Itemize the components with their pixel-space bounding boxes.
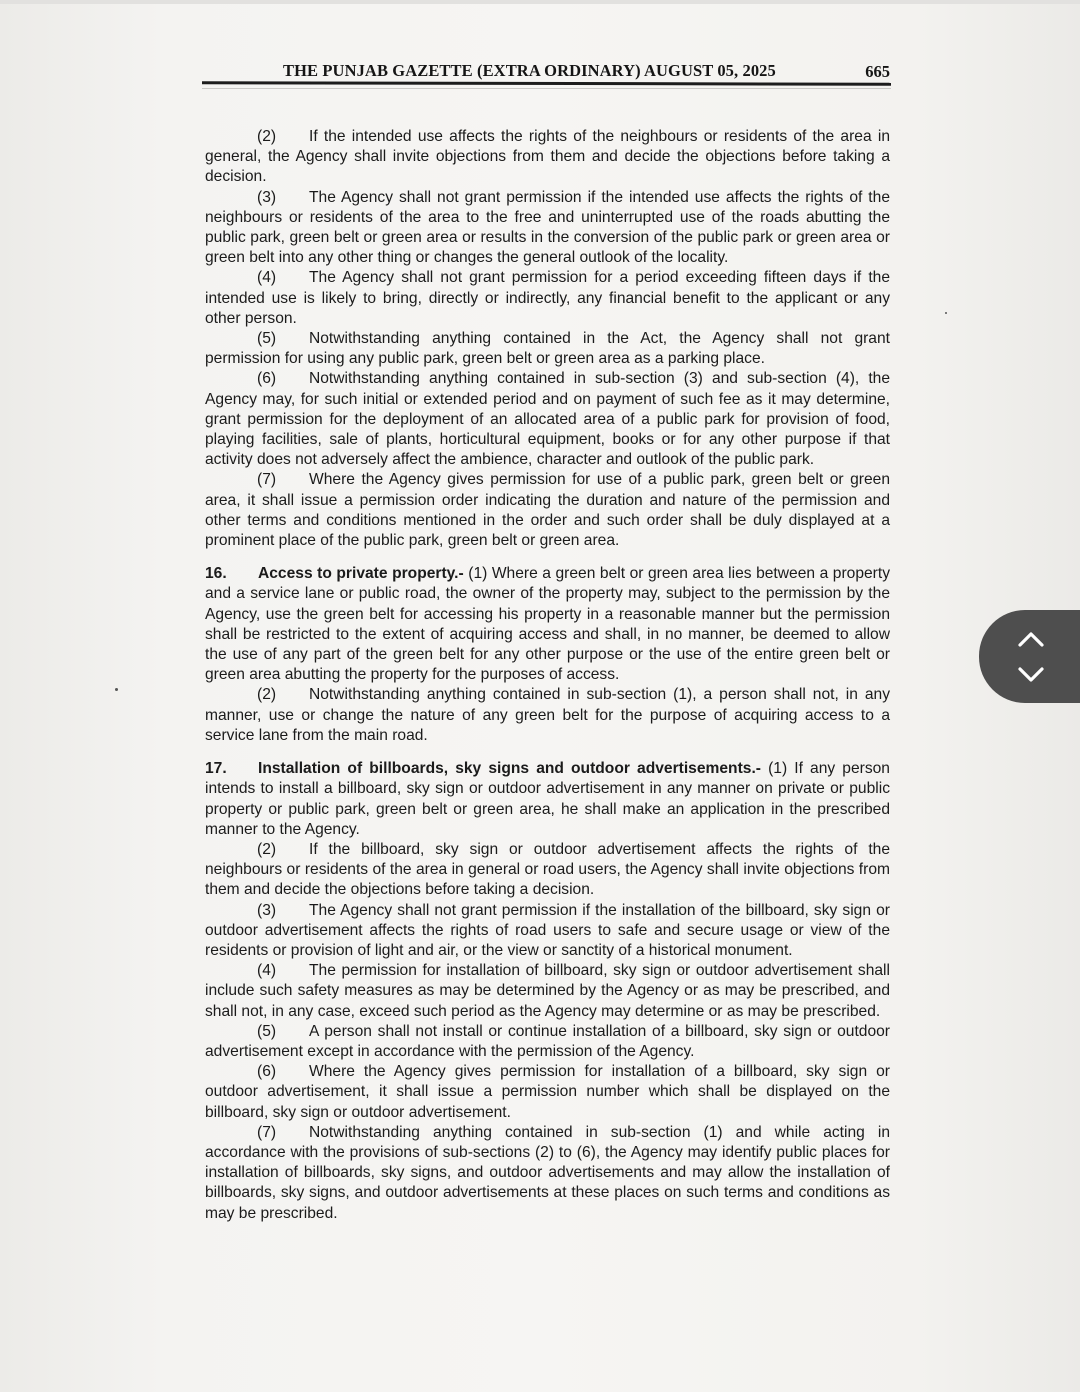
chevron-up-icon — [1016, 630, 1046, 648]
subsection-number: (2) — [257, 840, 309, 860]
subsection-number: (4) — [257, 268, 309, 288]
chevron-down-icon — [1016, 666, 1046, 684]
section-title: Installation of billboards, sky signs an… — [258, 760, 761, 777]
previous-page-button[interactable] — [1009, 622, 1053, 656]
gazette-header: THE PUNJAB GAZETTE (EXTRA ORDINARY) AUGU… — [205, 60, 890, 84]
section-number: 16. — [205, 564, 258, 584]
subsection-number: (3) — [257, 901, 309, 921]
section-17: 17.Installation of billboards, sky signs… — [205, 759, 890, 840]
subsection-number: (3) — [257, 188, 309, 208]
subsection: (3)The Agency shall not grant permission… — [205, 188, 890, 269]
subsection-number: (7) — [257, 470, 309, 490]
page-number: 665 — [865, 62, 890, 82]
section-number: 17. — [205, 759, 258, 779]
subsection-number: (2) — [257, 127, 309, 147]
subsection-number: (5) — [257, 329, 309, 349]
next-page-button[interactable] — [1009, 658, 1053, 692]
subsection: (7)Where the Agency gives permission for… — [205, 470, 890, 551]
subsection: (2)If the billboard, sky sign or outdoor… — [205, 840, 890, 901]
subsection: (2)Notwithstanding anything contained in… — [205, 685, 890, 746]
subsection: (6)Where the Agency gives permission for… — [205, 1062, 890, 1123]
section-lead-text: (1) Where a green belt or green area lie… — [205, 565, 890, 683]
page-navigation-control — [979, 610, 1080, 703]
scan-speck — [115, 688, 118, 691]
section-title: Access to private property.- — [258, 565, 464, 582]
subsection: (4)The Agency shall not grant permission… — [205, 268, 890, 329]
document-page: THE PUNJAB GAZETTE (EXTRA ORDINARY) AUGU… — [0, 0, 1080, 1392]
subsection: (6)Notwithstanding anything contained in… — [205, 369, 890, 470]
subsection-number: (2) — [257, 685, 309, 705]
subsection: (7)Notwithstanding anything contained in… — [205, 1123, 890, 1224]
document-body: (2)If the intended use affects the right… — [205, 127, 890, 1224]
section-16: 16.Access to private property.- (1) Wher… — [205, 564, 890, 685]
subsection: (3)The Agency shall not grant permission… — [205, 901, 890, 962]
header-divider-faint — [202, 88, 891, 89]
subsection: (4)The permission for installation of bi… — [205, 961, 890, 1022]
gazette-title: THE PUNJAB GAZETTE (EXTRA ORDINARY) AUGU… — [283, 61, 776, 81]
subsection-number: (6) — [257, 369, 309, 389]
scan-speck — [945, 312, 947, 314]
subsection: (5)A person shall not install or continu… — [205, 1022, 890, 1062]
header-divider — [202, 81, 891, 85]
subsection-number: (7) — [257, 1123, 309, 1143]
subsection: (5)Notwithstanding anything contained in… — [205, 329, 890, 369]
subsection-number: (5) — [257, 1022, 309, 1042]
top-strip — [0, 0, 1080, 4]
subsection-number: (4) — [257, 961, 309, 981]
subsection: (2)If the intended use affects the right… — [205, 127, 890, 188]
subsection-number: (6) — [257, 1062, 309, 1082]
